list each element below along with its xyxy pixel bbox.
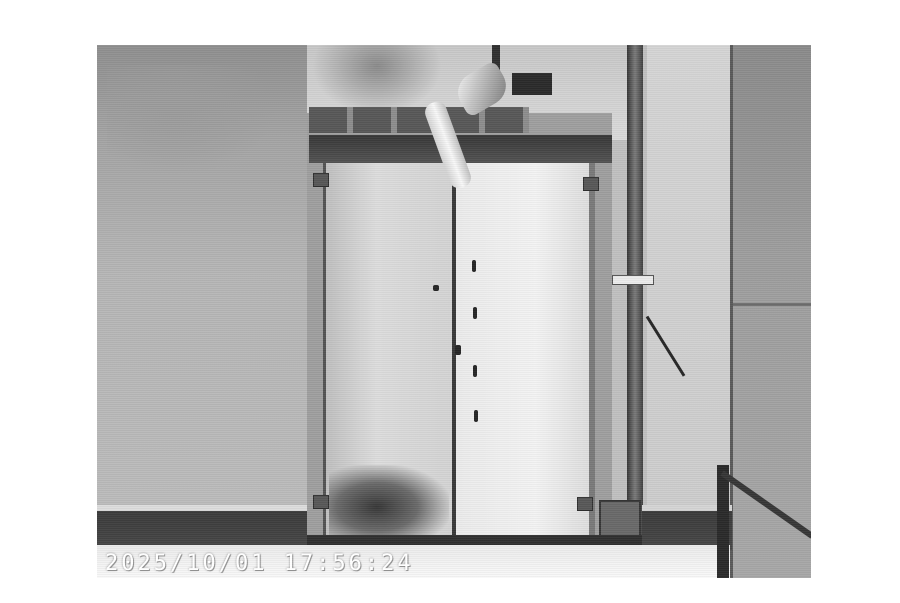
door-right-edge	[589, 163, 595, 535]
door-bolt	[473, 365, 477, 377]
brick-row	[309, 107, 529, 133]
door-bolt	[473, 307, 477, 319]
panel-seam	[730, 303, 811, 306]
wall-stain	[107, 65, 277, 175]
mount-box	[512, 73, 552, 95]
wall-smudge	[312, 45, 442, 115]
hinge-icon	[577, 497, 593, 511]
pipe-strap	[612, 275, 654, 285]
railing-post	[717, 465, 729, 578]
right-wall	[647, 45, 732, 510]
hinge-icon	[313, 173, 329, 187]
door-bolt	[472, 260, 476, 272]
hinge-icon	[583, 177, 599, 191]
timestamp-overlay: 2025/10/01 17:56:24	[105, 551, 414, 576]
hinge-icon	[313, 495, 329, 509]
right-door-leaf	[455, 163, 590, 535]
left-wall-base	[97, 505, 307, 550]
drain-pipe	[627, 45, 643, 535]
right-panel	[730, 45, 811, 578]
door-bolt	[474, 410, 478, 422]
door-photo: 2025/10/01 17:56:24	[97, 45, 811, 578]
panel-edge	[730, 45, 733, 578]
door-threshold	[307, 535, 642, 545]
rust-stain	[329, 465, 449, 535]
door-handle	[433, 285, 439, 291]
door-left-edge	[323, 163, 326, 535]
door-latch	[455, 345, 461, 355]
